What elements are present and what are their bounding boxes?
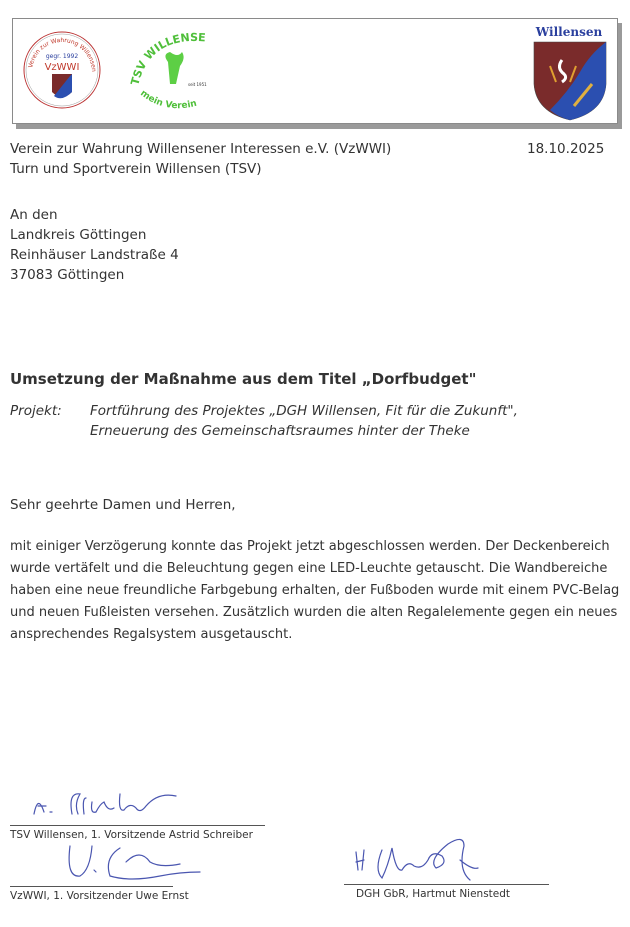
signature-line — [10, 825, 265, 826]
letter-subject: Umsetzung der Maßnahme aus dem Titel „Do… — [10, 369, 476, 389]
letter-date: 18.10.2025 — [527, 139, 604, 159]
salutation: Sehr geehrte Damen und Herren, — [10, 495, 236, 515]
signature-caption: TSV Willensen, 1. Vorsitzende Astrid Sch… — [10, 829, 253, 841]
svg-text:gegr. 1992: gegr. 1992 — [46, 53, 78, 60]
signature-caption: DGH GbR, Hartmut Nienstedt — [356, 888, 510, 900]
svg-text:VzWWI: VzWWI — [45, 62, 80, 73]
signature-schreiber — [28, 784, 198, 824]
signature-nienstedt — [352, 830, 502, 885]
svg-text:seit 1951: seit 1951 — [188, 82, 207, 87]
sender-line: Verein zur Wahrung Willensener Interesse… — [10, 139, 391, 159]
recipient-line: Landkreis Göttingen — [10, 225, 179, 245]
project-label: Projekt: — [10, 401, 62, 421]
vzwwi-seal-logo: Verein zur Wahrung Willensener Interesse… — [22, 24, 102, 116]
recipient-line: 37083 Göttingen — [10, 265, 179, 285]
signature-ernst — [60, 842, 210, 884]
letter-body: mit einiger Verzögerung konnte das Proje… — [10, 536, 620, 646]
project-line: Fortführung des Projektes „DGH Willensen… — [90, 401, 518, 421]
tsv-willensen-logo: TSV WILLENSEN mein Verein seit 1951 — [120, 24, 220, 116]
recipient-line: Reinhäuser Landstraße 4 — [10, 245, 179, 265]
svg-text:mein Verein: mein Verein — [138, 89, 198, 112]
recipient-line: An den — [10, 205, 179, 225]
project-description: Fortführung des Projektes „DGH Willensen… — [90, 401, 518, 441]
svg-text:Willensen: Willensen — [535, 25, 603, 39]
svg-text:TSV WILLENSEN: TSV WILLENSEN — [120, 24, 206, 87]
project-line: Erneuerung des Gemeinschaftsraumes hinte… — [90, 421, 518, 441]
sender-line: Turn und Sportverein Willensen (TSV) — [10, 159, 391, 179]
signature-line — [344, 884, 549, 885]
sender-block: Verein zur Wahrung Willensener Interesse… — [10, 139, 391, 179]
recipient-address: An den Landkreis Göttingen Reinhäuser La… — [10, 205, 179, 285]
signature-caption: VzWWI, 1. Vorsitzender Uwe Ernst — [10, 890, 189, 902]
signature-line — [10, 886, 173, 887]
willensen-coat-of-arms: Willensen — [528, 22, 610, 122]
